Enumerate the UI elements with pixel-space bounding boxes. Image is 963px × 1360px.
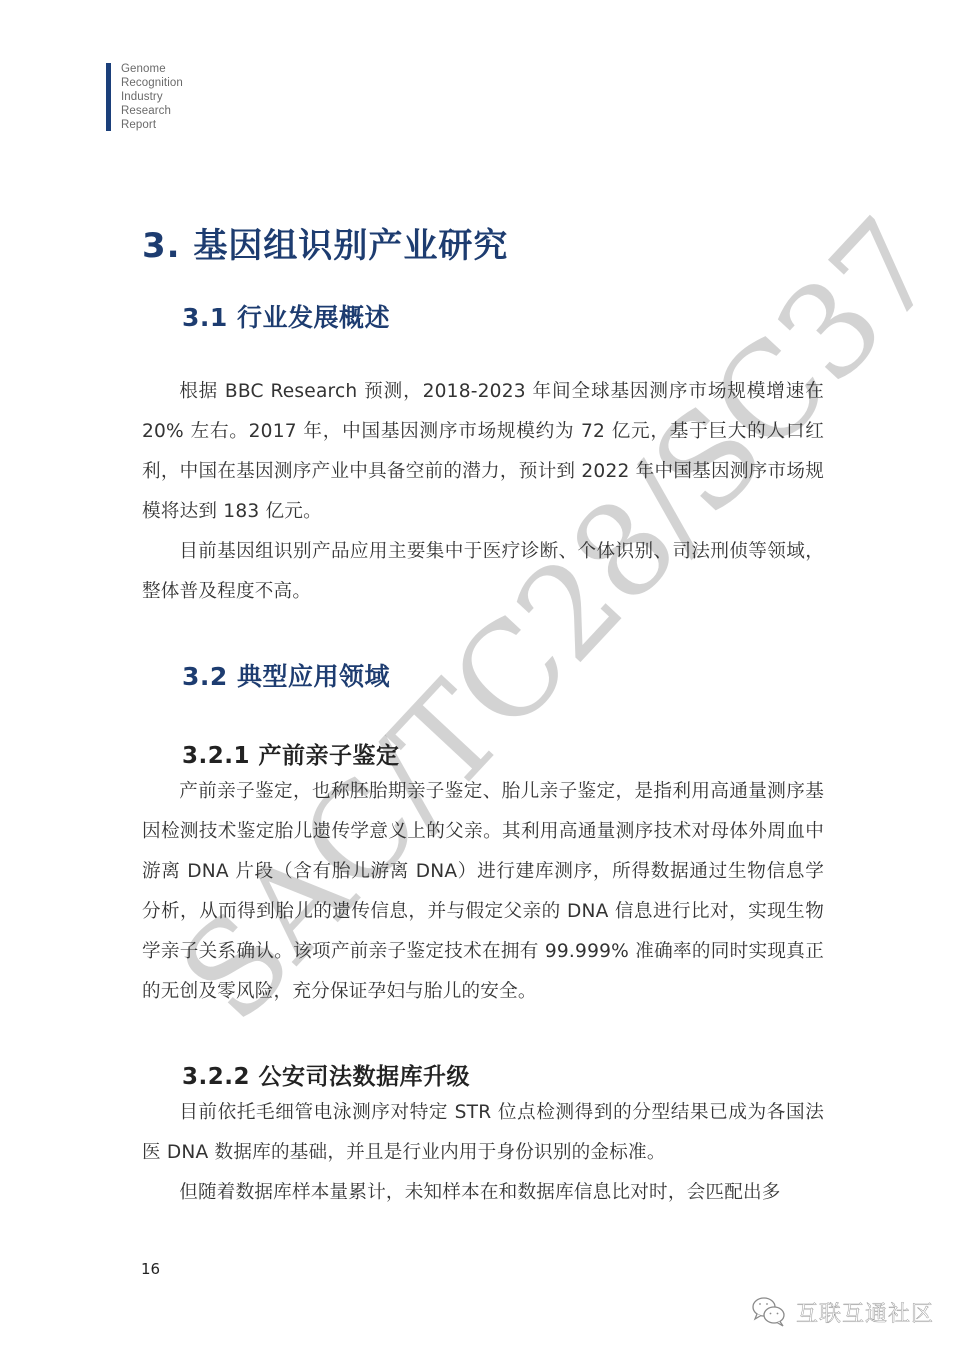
header-line: Recognition xyxy=(121,76,183,90)
section-title-3-2: 3.2 典型应用领域 xyxy=(182,657,390,693)
header-line: Industry xyxy=(121,90,183,104)
brand-label: 互联互通社区 xyxy=(796,1297,934,1328)
header-line: Report xyxy=(121,118,183,132)
paragraph: 但随着数据库样本量累计，未知样本在和数据库信息比对时，会匹配出多 xyxy=(142,1173,824,1213)
wechat-icon xyxy=(750,1295,790,1329)
page-number: 16 xyxy=(141,1260,160,1278)
paragraph: 产前亲子鉴定，也称胚胎期亲子鉴定、胎儿亲子鉴定，是指利用高通量测序基因检测技术鉴… xyxy=(142,772,824,1012)
header-line: Genome xyxy=(121,62,183,76)
paragraph: 目前基因组识别产品应用主要集中于医疗诊断、个体识别、司法刑侦等领域，整体普及程度… xyxy=(142,532,824,612)
section-title-3-1: 3.1 行业发展概述 xyxy=(182,298,390,334)
report-header-tag: Genome Recognition Industry Research Rep… xyxy=(106,63,183,132)
report-series-title: Genome Recognition Industry Research Rep… xyxy=(121,62,183,132)
paragraph: 目前依托毛细管电泳测序对特定 STR 位点检测得到的分型结果已成为各国法医 DN… xyxy=(142,1093,824,1173)
header-accent-bar xyxy=(106,63,111,131)
footer-brand: 互联互通社区 xyxy=(750,1295,934,1329)
subsection-title-3-2-2: 3.2.2 公安司法数据库升级 xyxy=(182,1058,470,1091)
header-line: Research xyxy=(121,104,183,118)
subsection-title-3-2-1: 3.2.1 产前亲子鉴定 xyxy=(182,737,400,770)
paragraph: 根据 BBC Research 预测，2018-2023 年间全球基因测序市场规… xyxy=(142,372,824,532)
chapter-title: 3. 基因组识别产业研究 xyxy=(142,218,508,267)
